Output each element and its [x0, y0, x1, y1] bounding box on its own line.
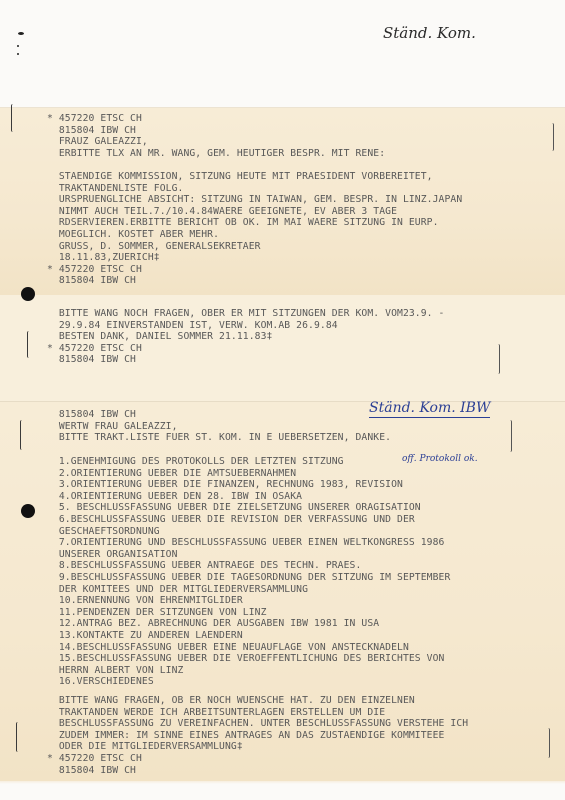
telex-line: * 457220 ETSC CH	[47, 343, 444, 355]
agenda-item: 11.PENDENZEN DER SITZUNGEN VON LINZ	[47, 607, 450, 619]
handwritten-note-middle: Ständ. Kom. IBW	[369, 400, 490, 418]
punch-hole	[21, 287, 35, 301]
telex-strip-3: 815804 IBW CH WERTW FRAU GALEAZZI, BITTE…	[0, 402, 565, 781]
margin-mark	[17, 45, 19, 47]
agenda-item: 12.ANTRAG BEZ. ABRECHNUNG DER AUSGABEN I…	[47, 618, 450, 630]
agenda-item: 13.KONTAKTE ZU ANDEREN LAENDERN	[47, 630, 450, 642]
telex-line: BITTE TRAKT.LISTE FUER ST. KOM. IN E UEB…	[47, 432, 391, 444]
agenda-list: 1.GENEHMIGUNG DES PROTOKOLLS DER LETZTEN…	[47, 456, 450, 688]
telex-line: URSPRUENGLICHE ABSICHT: SITZUNG IN TAIWA…	[47, 194, 462, 206]
bracket-mark-right	[546, 728, 550, 758]
telex-message-3-header: 815804 IBW CH WERTW FRAU GALEAZZI, BITTE…	[47, 409, 391, 444]
bracket-mark-left	[27, 331, 31, 358]
agenda-item: 5. BESCHLUSSFASSUNG UEBER DIE ZIELSETZUN…	[47, 502, 450, 514]
telex-line: BITTE WANG FRAGEN, OB ER NOCH WUENSCHE H…	[47, 695, 468, 707]
agenda-item: 7.ORIENTIERUNG UND BESCHLUSSFASSUNG UEBE…	[47, 537, 450, 549]
telex-line: 815804 IBW CH	[47, 409, 391, 421]
margin-mark	[17, 53, 19, 55]
agenda-item: HERRN ALBERT VON LINZ	[47, 665, 450, 677]
telex-line: * 457220 ETSC CH	[47, 113, 462, 125]
bracket-mark-left	[11, 104, 15, 132]
telex-message-3-closing: BITTE WANG FRAGEN, OB ER NOCH WUENSCHE H…	[47, 695, 468, 776]
telex-line: TRAKTANDENLISTE FOLG.	[47, 183, 462, 195]
agenda-item: DER KOMITEES UND DER MITGLIEDERVERSAMMLU…	[47, 584, 450, 596]
telex-line: 815804 IBW CH	[47, 354, 444, 366]
telex-line: BESCHLUSSFASSUNG ZU VEREINFACHEN. UNTER …	[47, 718, 468, 730]
telex-line: * 457220 ETSC CH	[47, 264, 462, 276]
telex-line: ODER DIE MITGLIEDERVERSAMMLUNG‡	[47, 741, 468, 753]
punch-hole	[21, 504, 35, 518]
telex-line: STAENDIGE KOMMISSION, SITZUNG HEUTE MIT …	[47, 171, 462, 183]
telex-line: 815804 IBW CH	[47, 125, 462, 137]
telex-line: WERTW FRAU GALEAZZI,	[47, 421, 391, 433]
telex-line: MOEGLICH. KOSTET ABER MEHR.	[47, 229, 462, 241]
agenda-item: 15.BESCHLUSSFASSUNG UEBER DIE VEROEFFENT…	[47, 653, 450, 665]
telex-line: * 457220 ETSC CH	[47, 753, 468, 765]
agenda-item: 10.ERNENNUNG VON EHRENMITGLIDER	[47, 595, 450, 607]
handwritten-margin-note: off. Protokoll ok.	[402, 454, 478, 464]
agenda-item: 16.VERSCHIEDENES	[47, 676, 450, 688]
telex-line: 815804 IBW CH	[47, 765, 468, 777]
bracket-mark-right	[496, 344, 500, 374]
telex-line: FRAUZ GALEAZZI,	[47, 136, 462, 148]
bracket-mark-right	[508, 420, 512, 452]
telex-line: RDSERVIEREN.ERBITTE BERICHT OB OK. IM MA…	[47, 217, 462, 229]
telex-line: 29.9.84 EINVERSTANDEN IST, VERW. KOM.AB …	[47, 320, 444, 332]
telex-line: BESTEN DANK, DANIEL SOMMER 21.11.83‡	[47, 331, 444, 343]
agenda-item: UNSERER ORGANISATION	[47, 549, 450, 561]
agenda-item: 14.BESCHLUSSFASSUNG UEBER EINE NEUAUFLAG…	[47, 642, 450, 654]
bracket-mark-left	[20, 420, 24, 450]
agenda-item: 8.BESCHLUSSFASSUNG UEBER ANTRAEGE DES TE…	[47, 560, 450, 572]
telex-line: ZUDEM IMMER: IM SINNE EINES ANTRAGES AN …	[47, 730, 468, 742]
agenda-item: 9.BESCHLUSSFASSUNG UEBER DIE TAGESORDNUN…	[47, 572, 450, 584]
agenda-item: 4.ORIENTIERUNG UEBER DEN 28. IBW IN OSAK…	[47, 491, 450, 503]
telex-strip-1: * 457220 ETSC CH 815804 IBW CH FRAUZ GAL…	[0, 108, 565, 295]
agenda-item: 3.ORIENTIERUNG UEBER DIE FINANZEN, RECHN…	[47, 479, 450, 491]
agenda-item: 1.GENEHMIGUNG DES PROTOKOLLS DER LETZTEN…	[47, 456, 450, 468]
telex-strip-2: BITTE WANG NOCH FRAGEN, OBER ER MIT SITZ…	[0, 295, 565, 402]
telex-line: GRUSS, D. SOMMER, GENERALSEKRETAER	[47, 241, 462, 253]
agenda-item: GESCHAEFTSORDNUNG	[47, 526, 450, 538]
margin-mark	[18, 32, 24, 35]
telex-line: TRAKTANDEN WERDE ICH ARBEITSUNTERLAGEN E…	[47, 707, 468, 719]
telex-message-2: BITTE WANG NOCH FRAGEN, OBER ER MIT SITZ…	[47, 308, 444, 366]
telex-line	[47, 159, 462, 171]
handwritten-note-top: Ständ. Kom.	[383, 24, 476, 42]
telex-message-1: * 457220 ETSC CH 815804 IBW CH FRAUZ GAL…	[47, 113, 462, 287]
agenda-item: 2.ORIENTIERUNG UEBER DIE AMTSUEBERNAHMEN	[47, 468, 450, 480]
telex-line: BITTE WANG NOCH FRAGEN, OBER ER MIT SITZ…	[47, 308, 444, 320]
telex-line: ERBITTE TLX AN MR. WANG, GEM. HEUTIGER B…	[47, 148, 462, 160]
bracket-mark-left	[16, 722, 20, 752]
bracket-mark-right	[550, 123, 554, 151]
telex-line: NIMMT AUCH TEIL.7./10.4.84WAERE GEEIGNET…	[47, 206, 462, 218]
telex-line: 815804 IBW CH	[47, 275, 462, 287]
telex-line: 18.11.83,ZUERICH‡	[47, 252, 462, 264]
agenda-item: 6.BESCHLUSSFASSUNG UEBER DIE REVISION DE…	[47, 514, 450, 526]
